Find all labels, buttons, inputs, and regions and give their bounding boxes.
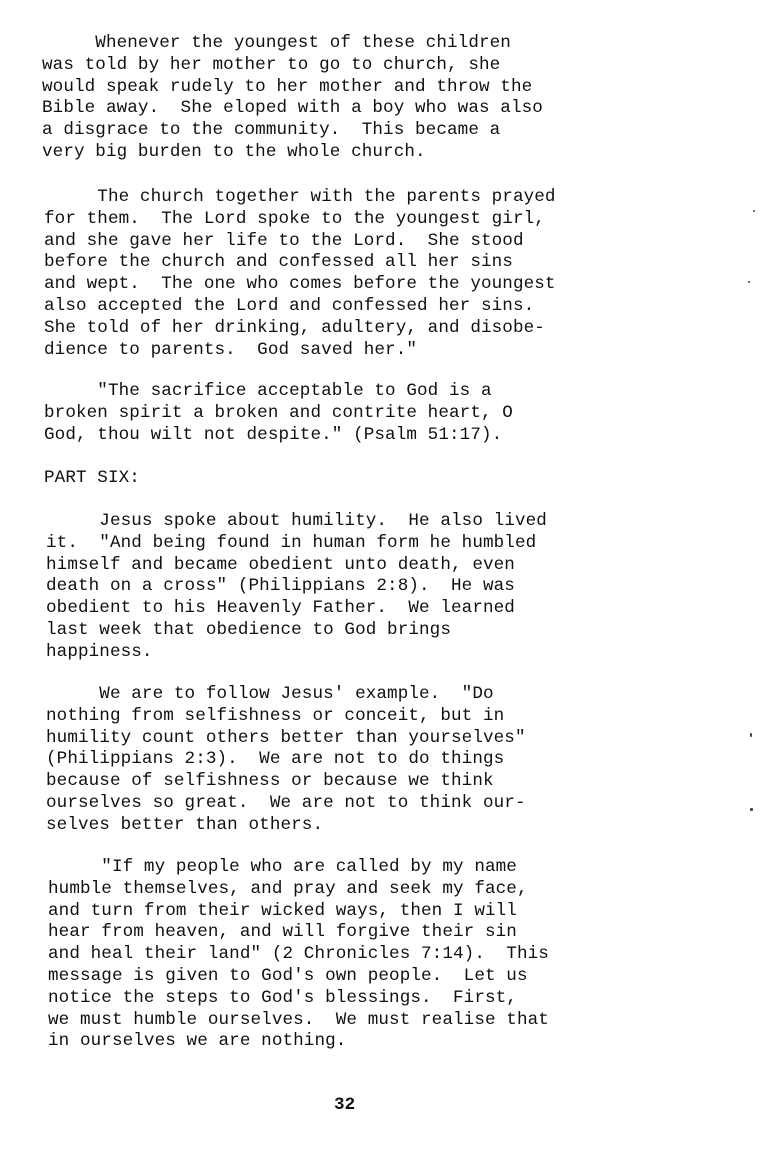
text-line: and wept. The one who comes before the y… xyxy=(44,274,556,296)
text-line: We are to follow Jesus' example. "Do xyxy=(46,684,526,706)
paragraph-jesus-humility: Jesus spoke about humility. He also live… xyxy=(46,511,547,664)
text-line: before the church and confessed all her … xyxy=(44,252,556,274)
text-line: it. "And being found in human form he hu… xyxy=(46,533,547,555)
text-line: The church together with the parents pra… xyxy=(44,187,556,209)
text-line: for them. The Lord spoke to the youngest… xyxy=(44,209,556,231)
text-line: death on a cross" (Philippians 2:8). He … xyxy=(46,576,547,598)
text-line: nothing from selfishness or conceit, but… xyxy=(46,706,526,728)
text-line: we must humble ourselves. We must realis… xyxy=(48,1010,549,1032)
text-line: and she gave her life to the Lord. She s… xyxy=(44,231,556,253)
text-line: notice the steps to God's blessings. Fir… xyxy=(48,988,549,1010)
scan-speck xyxy=(750,733,752,737)
text-line: message is given to God's own people. Le… xyxy=(48,966,549,988)
paragraph-church-prayed: The church together with the parents pra… xyxy=(44,187,556,361)
page-number: 32 xyxy=(334,1095,355,1116)
document-page: Whenever the youngest of these children … xyxy=(0,0,778,1169)
text-line: and heal their land" (2 Chronicles 7:14)… xyxy=(48,944,549,966)
text-line: also accepted the Lord and confessed her… xyxy=(44,296,556,318)
text-line: selves better than others. xyxy=(46,815,526,837)
section-heading: PART SIX: xyxy=(44,468,140,490)
text-line: Whenever the youngest of these children xyxy=(42,33,543,55)
text-line: "If my people who are called by my name xyxy=(48,857,549,879)
text-line: a disgrace to the community. This became… xyxy=(42,120,543,142)
text-line: dience to parents. God saved her." xyxy=(44,340,556,362)
text-line: Jesus spoke about humility. He also live… xyxy=(46,511,547,533)
paragraph-psalm-quote: "The sacrifice acceptable to God is a br… xyxy=(44,381,513,446)
text-line: She told of her drinking, adultery, and … xyxy=(44,318,556,340)
text-line: humility count others better than yourse… xyxy=(46,728,526,750)
text-line: and turn from their wicked ways, then I … xyxy=(48,901,549,923)
text-line: humble themselves, and pray and seek my … xyxy=(48,879,549,901)
paragraph-follow-example: We are to follow Jesus' example. "Do not… xyxy=(46,684,526,837)
text-line: obedient to his Heavenly Father. We lear… xyxy=(46,598,547,620)
text-line: happiness. xyxy=(46,642,547,664)
text-line: "The sacrifice acceptable to God is a xyxy=(44,381,513,403)
text-line: because of selfishness or because we thi… xyxy=(46,771,526,793)
paragraph-youngest-child: Whenever the youngest of these children … xyxy=(42,33,543,164)
text-line: hear from heaven, and will forgive their… xyxy=(48,922,549,944)
paragraph-chronicles-quote: "If my people who are called by my name … xyxy=(48,857,549,1053)
text-line: in ourselves we are nothing. xyxy=(48,1031,549,1053)
text-line: Bible away. She eloped with a boy who wa… xyxy=(42,98,543,120)
text-line: God, thou wilt not despite." (Psalm 51:1… xyxy=(44,425,513,447)
text-line: ourselves so great. We are not to think … xyxy=(46,793,526,815)
text-line: himself and became obedient unto death, … xyxy=(46,555,547,577)
scan-speck xyxy=(750,808,753,811)
text-line: was told by her mother to go to church, … xyxy=(42,55,543,77)
scan-speck xyxy=(753,210,755,212)
text-line: would speak rudely to her mother and thr… xyxy=(42,77,543,99)
text-line: (Philippians 2:3). We are not to do thin… xyxy=(46,749,526,771)
scan-speck xyxy=(748,281,750,283)
text-line: broken spirit a broken and contrite hear… xyxy=(44,403,513,425)
text-line: last week that obedience to God brings xyxy=(46,620,547,642)
text-line: very big burden to the whole church. xyxy=(42,142,543,164)
